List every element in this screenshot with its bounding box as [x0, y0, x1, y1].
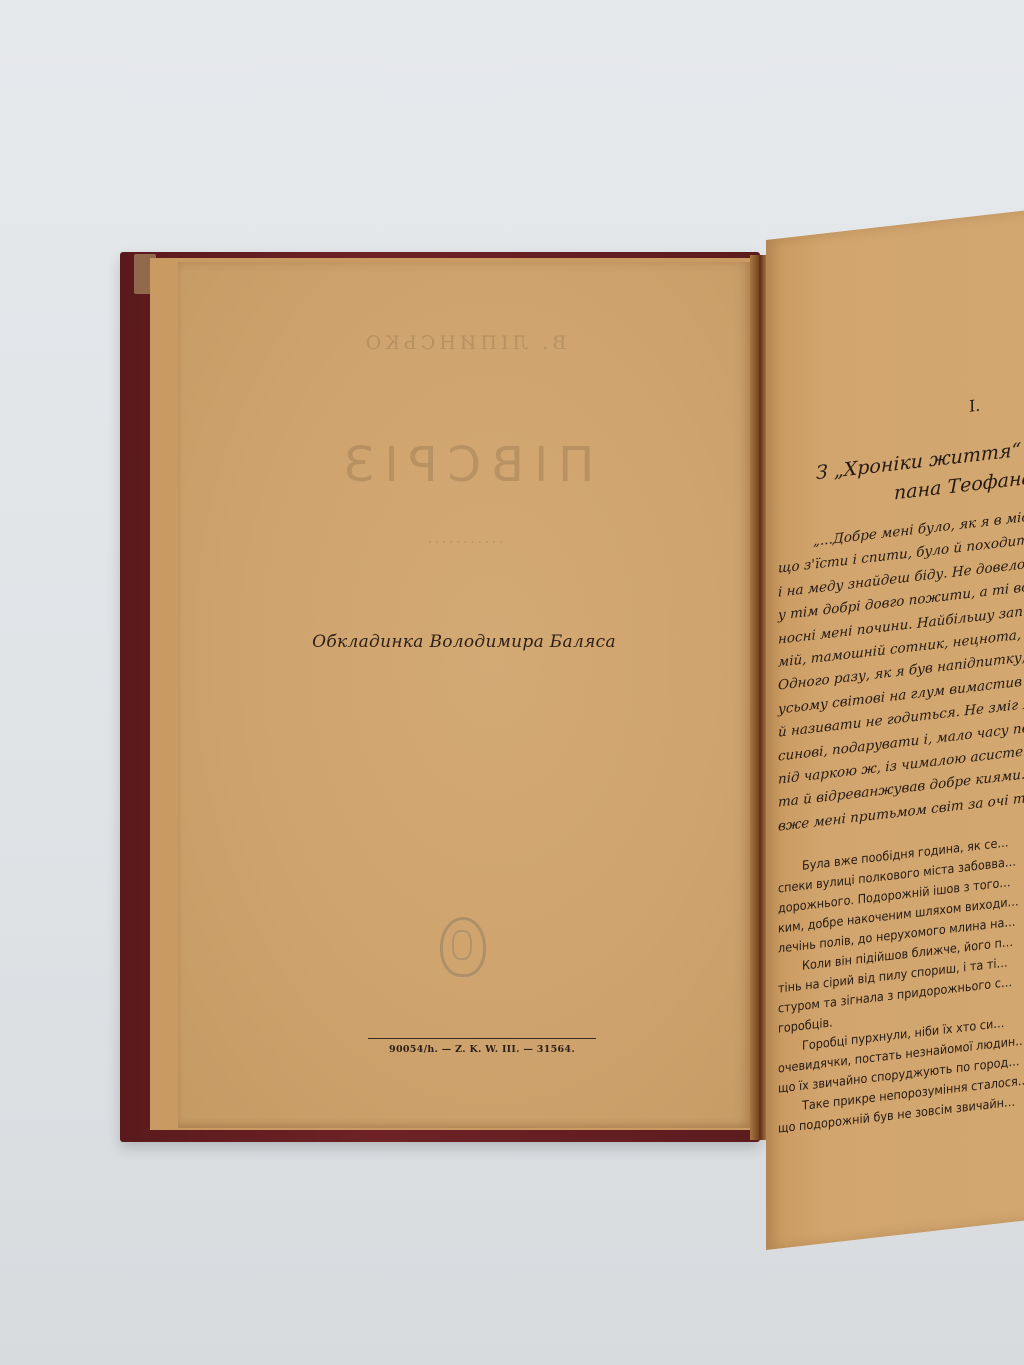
- show-through-title: ПІВСРІЗ: [178, 437, 750, 493]
- printer-imprint: 90054/h. — Z. K. W. III. — 31564.: [368, 1044, 596, 1055]
- epigraph: „...Добре мені було, як я в місті… що з'…: [778, 500, 1024, 839]
- body-text: Була вже пообідня година, як се… спеки в…: [778, 830, 1024, 1139]
- right-page: I. З „Хроніки життя“ ма… пана Теофана… „…: [766, 206, 1024, 1250]
- book-photo: В. ЛІПИНСЬКО ПІВСРІЗ ........... Обклади…: [0, 0, 1024, 1365]
- show-through-author: В. ЛІПИНСЬКО: [178, 332, 750, 354]
- chapter-number: I.: [969, 396, 980, 416]
- left-page: В. ЛІПИНСЬКО ПІВСРІЗ ........... Обклади…: [178, 262, 750, 1128]
- publisher-emblem-icon: [440, 917, 486, 977]
- imprint-divider: [368, 1038, 596, 1039]
- show-through-subtitle: ...........: [178, 532, 750, 547]
- cover-credit: Обкладинка Володимира Баляса: [178, 632, 750, 652]
